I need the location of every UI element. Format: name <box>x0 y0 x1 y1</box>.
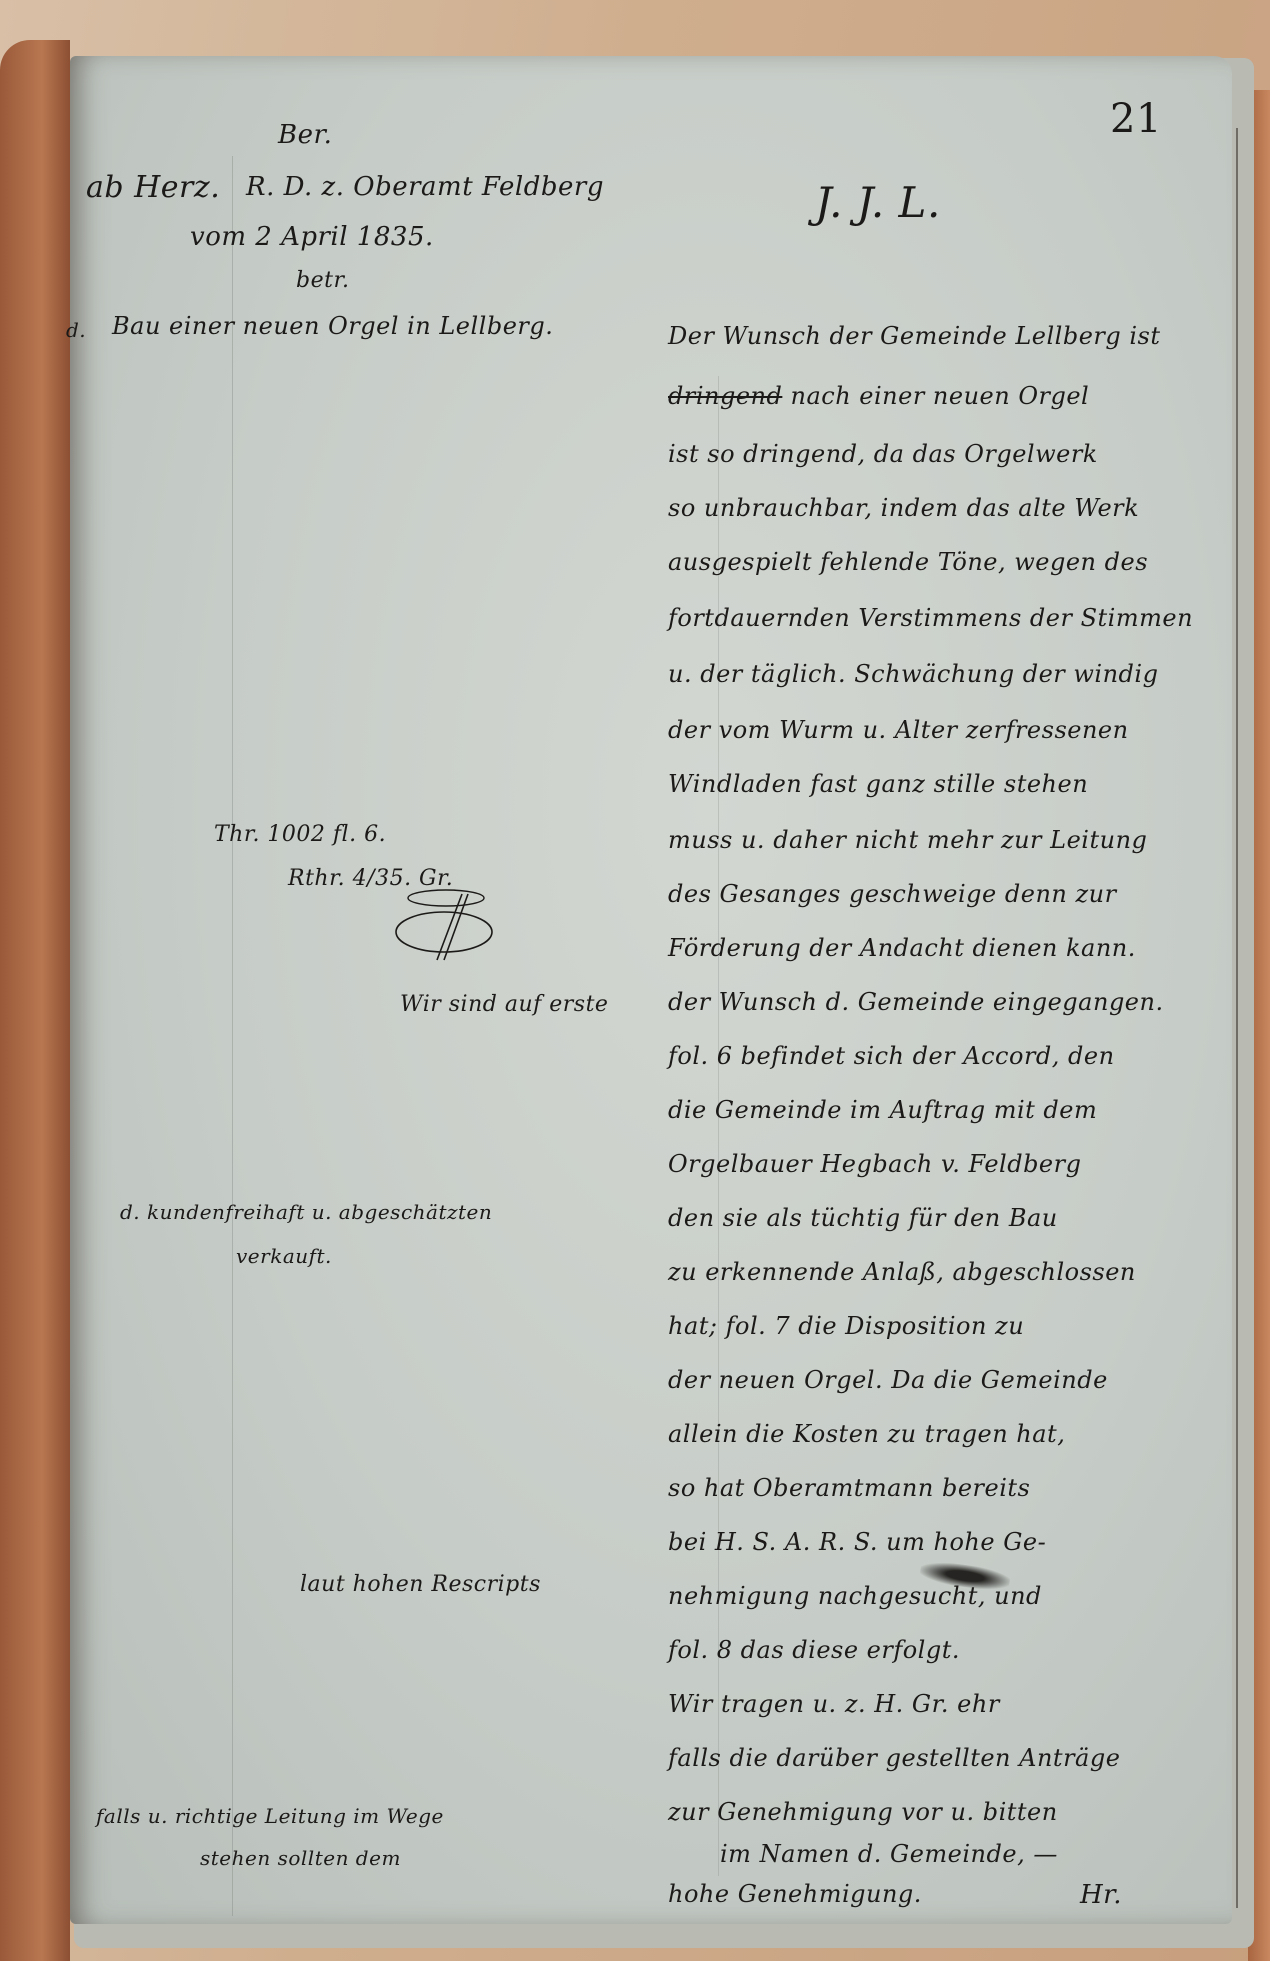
text-line: die Gemeinde im Auftrag mit dem <box>668 1096 1097 1124</box>
text-line: dringend nach einer neuen Orgel <box>668 382 1089 410</box>
page-number: 21 <box>1110 96 1162 142</box>
text-line: Der Wunsch der Gemeinde Lellberg ist <box>668 322 1161 350</box>
text-line: fol. 6 befindet sich der Accord, den <box>668 1042 1115 1070</box>
text-line: der Wunsch d. Gemeinde eingegangen. <box>668 988 1164 1016</box>
margin-note-4-line1: falls u. richtige Leitung im Wege <box>96 1804 444 1828</box>
text-line: fol. 8 das diese erfolgt. <box>668 1636 960 1664</box>
text-line: zur Genehmigung vor u. bitten <box>668 1798 1058 1826</box>
subject-line: Bau einer neuen Orgel in Lellberg. <box>112 312 553 340</box>
margin-note-intro: Wir sind auf erste <box>400 992 608 1017</box>
margin-note-3: laut hohen Rescripts <box>300 1572 541 1597</box>
margin-note-4-line2: stehen sollten dem <box>200 1846 401 1870</box>
text-line: muss u. daher nicht mehr zur Leitung <box>668 826 1147 854</box>
text-line: Windladen fast ganz stille stehen <box>668 770 1088 798</box>
margin-note-2-line2: verkauft. <box>236 1244 332 1268</box>
text-line: Orgelbauer Hegbach v. Feldberg <box>668 1150 1081 1178</box>
paraph-flourish-icon <box>382 880 512 970</box>
text-line: Wir tragen u. z. H. Gr. ehr <box>668 1690 1000 1718</box>
text-line: des Gesanges geschweige denn zur <box>668 880 1117 908</box>
struck-word: dringend <box>668 382 782 410</box>
text-line: ist so dringend, da das Orgelwerk <box>668 440 1098 468</box>
header-betr: betr. <box>296 268 350 293</box>
text-line: der neuen Orgel. Da die Gemeinde <box>668 1366 1108 1394</box>
text-line: u. der täglich. Schwächung der windig <box>668 660 1158 688</box>
text-line: falls die darüber gestellten Anträge <box>668 1744 1120 1772</box>
text-line: den sie als tüchtig für den Bau <box>668 1204 1058 1232</box>
text-line: im Namen d. Gemeinde, — <box>720 1840 1058 1868</box>
text-line: hohe Genehmigung. <box>668 1880 922 1908</box>
text-line: bei H. S. A. R. S. um hohe Ge- <box>668 1528 1046 1556</box>
text-line: hat; fol. 7 die Disposition zu <box>668 1312 1024 1340</box>
text-line: fortdauernden Verstimmens der Stimmen <box>668 604 1193 632</box>
text-line: so hat Oberamtmann bereits <box>668 1474 1030 1502</box>
header-lead: ab Herz. <box>86 170 220 205</box>
header-line1: R. D. z. Oberamt Feldberg <box>246 172 604 202</box>
margin-amount-line1: Thr. 1002 fl. 6. <box>214 822 386 847</box>
page-edge-line <box>1236 128 1238 1908</box>
book-cover-left <box>0 40 70 1961</box>
text-line: allein die Kosten zu tragen hat, <box>668 1420 1065 1448</box>
header-prefix: Ber. <box>278 120 332 150</box>
header-date: vom 2 April 1835. <box>190 222 434 252</box>
signature: Hr. <box>1080 1880 1122 1910</box>
text-line: so unbrauchbar, indem das alte Werk <box>668 494 1139 522</box>
margin-rule <box>232 156 233 1916</box>
margin-note-2-line1: d. kundenfreihaft u. abgeschätzten <box>120 1200 492 1224</box>
subject-lead: d. <box>66 318 86 342</box>
text-line: der vom Wurm u. Alter zerfressenen <box>668 716 1129 744</box>
text-line: Förderung der Andacht dienen kann. <box>668 934 1136 962</box>
text-line: zu erkennende Anlaß, abgeschlossen <box>668 1258 1136 1286</box>
text-line: ausgespielt fehlende Töne, wegen des <box>668 548 1148 576</box>
header-mark: J. J. L. <box>815 178 941 227</box>
